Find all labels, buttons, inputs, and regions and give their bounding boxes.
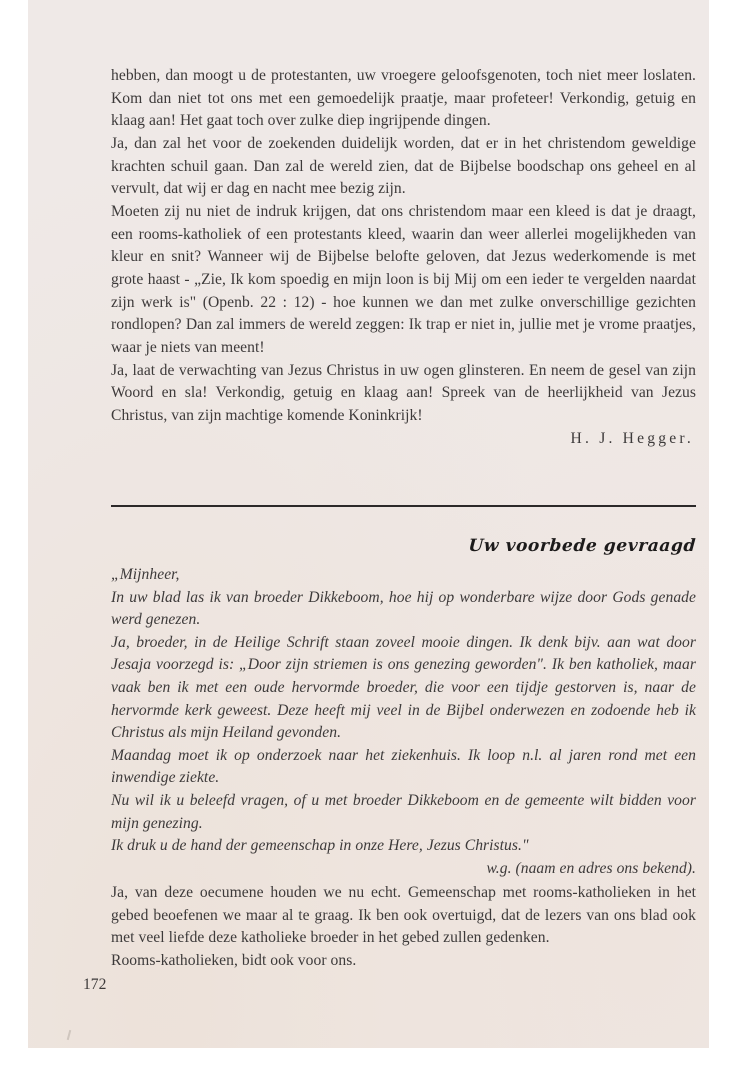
paper-smudge [67,1030,72,1040]
article-paragraph: hebben, dan moogt u de protestanten, uw … [111,65,696,133]
letter-salutation: „Mijnheer, [111,564,696,587]
letter-paragraph: In uw blad las ik van broeder Dikkeboom,… [111,587,696,632]
letter-paragraph: Nu wil ik u beleefd vragen, of u met bro… [111,790,696,835]
page-number: 172 [83,976,106,994]
response-paragraph: Ja, van deze oecumene houden we nu echt.… [111,882,696,950]
editor-response: Ja, van deze oecumene houden we nu echt.… [111,882,696,973]
section-title: Uw voorbede gevraagd [110,536,696,556]
letter-paragraph: Maandag moet ik op onderzoek naar het zi… [111,745,696,790]
article-paragraph: Ja, dan zal het voor de zoekenden duidel… [111,133,696,201]
article-body: hebben, dan moogt u de protestanten, uw … [111,65,696,450]
article-paragraph: Moeten zij nu niet de indruk krijgen, da… [111,201,696,360]
response-paragraph: Rooms-katholieken, bidt ook voor ons. [111,950,696,973]
book-page: hebben, dan moogt u de protestanten, uw … [28,0,709,1048]
letter-paragraph: Ik druk u de hand der gemeenschap in onz… [111,835,696,858]
letter-paragraph: Ja, broeder, in de Heilige Schrift staan… [111,632,696,745]
reader-letter: „Mijnheer, In uw blad las ik van broeder… [111,564,696,880]
author-signature: H. J. Hegger. [111,428,696,451]
letter-closing: w.g. (naam en adres ons bekend). [111,858,696,881]
section-divider [111,505,696,507]
article-paragraph: Ja, laat de verwachting van Jezus Christ… [111,360,696,428]
